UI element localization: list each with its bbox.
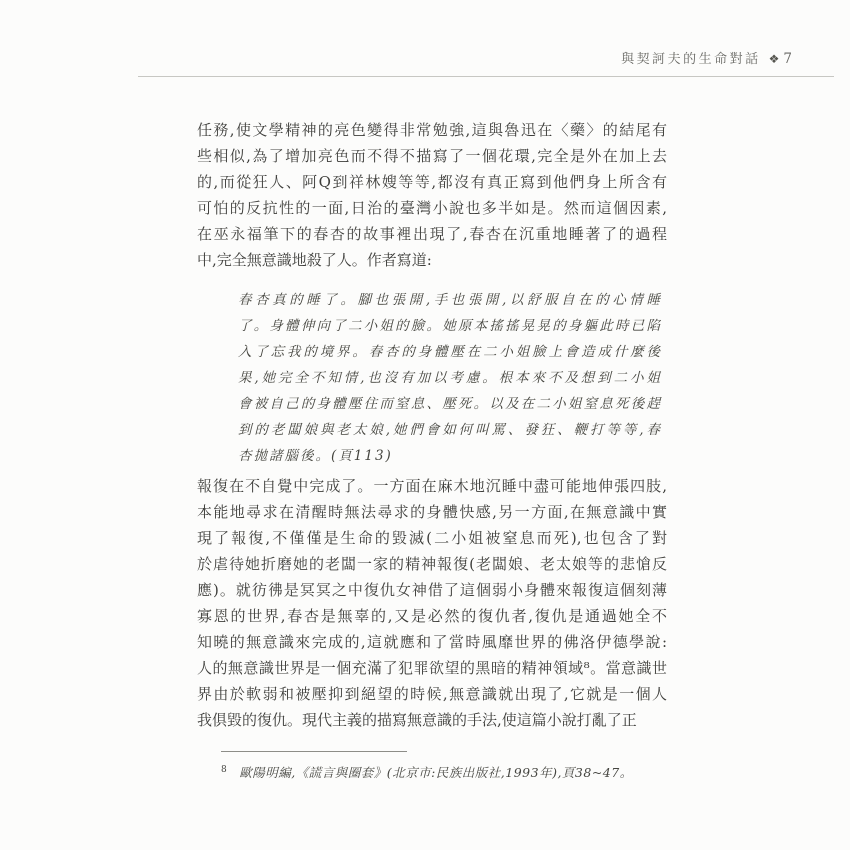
quote-line: 會被自己的身體壓住而窒息、壓死。以及在二小姐窒息死後趕 [238,391,662,417]
text-line: 我俱毀的復仇。現代主義的描寫無意識的手法,使這篇小說打亂了正 [197,707,667,733]
footnote-marker: 8 [221,765,227,775]
footnote-rule [221,751,407,752]
text-line: 知曉的無意識來完成的,這就應和了當時風靡世界的佛洛伊德學說: [197,629,667,655]
text-line: 中,完全無意識地殺了人。作者寫道: [197,247,667,273]
text-line: 界由於軟弱和被壓抑到絕望的時候,無意識就出現了,它就是一個人 [197,681,667,707]
ornament-icon: ❖ [769,52,780,66]
paragraph-2: 報復在不自覺中完成了。一方面在麻木地沉睡中盡可能地伸張四肢,本能地尋求在清醒時無… [197,473,667,733]
text-line: 本能地尋求在清醒時無法尋求的身體快感,另一方面,在無意識中實 [197,499,667,525]
header-rule [138,76,834,77]
running-head: 與契訶夫的生命對話❖7 [621,48,792,67]
text-line: 應)。就彷彿是冥冥之中復仇女神借了這個弱小身體來報復這個刻薄 [197,577,667,603]
text-line: 現了報復,不僅僅是生命的毀滅(二小姐被窒息而死),也包含了對 [197,525,667,551]
running-head-title: 與契訶夫的生命對話 [621,52,761,67]
quote-block: 春杏真的睡了。腳也張開,手也張開,以舒服自在的心情睡了。身體伸向了二小姐的臉。她… [238,287,662,469]
paragraph-1: 任務,使文學精神的亮色變得非常勉強,這與魯迅在〈藥〉的結尾有些相似,為了增加亮色… [197,117,667,273]
text-line: 於虐待她折磨她的老闆一家的精神報復(老闆娘、老太娘等的悲愴反 [197,551,667,577]
text-line: 些相似,為了增加亮色而不得不描寫了一個花環,完全是外在加上去 [197,143,667,169]
text-line: 寡恩的世界,春杏是無辜的,又是必然的復仇者,復仇是通過她全不 [197,603,667,629]
quote-line: 果,她完全不知情,也沒有加以考慮。根本來不及想到二小姐 [238,365,662,391]
text-line: 人的無意識世界是一個充滿了犯罪欲望的黑暗的精神領域⁸。當意識世 [197,655,667,681]
quote-line: 入了忘我的境界。春杏的身體壓在二小姐臉上會造成什麼後 [238,339,662,365]
text-line: 任務,使文學精神的亮色變得非常勉強,這與魯迅在〈藥〉的結尾有 [197,117,667,143]
footnote: 8歐陽明編,《謊言與圈套》(北京市:民族出版社,1993年),頁38~47。 [221,761,667,782]
quote-line: 到的老闆娘與老太娘,她們會如何叫罵、發狂、鞭打等等,春 [238,417,662,443]
text-line: 報復在不自覺中完成了。一方面在麻木地沉睡中盡可能地伸張四肢, [197,473,667,499]
quote-line: 杏拋諸腦後。(頁113) [238,443,662,469]
text-line: 可怕的反抗性的一面,日治的臺灣小說也多半如是。然而這個因素, [197,195,667,221]
text-line: 在巫永福筆下的春杏的故事裡出現了,春杏在沉重地睡著了的過程 [197,221,667,247]
page-number: 7 [783,51,792,67]
quote-line: 春杏真的睡了。腳也張開,手也張開,以舒服自在的心情睡 [238,287,662,313]
footnote-text: 歐陽明編,《謊言與圈套》(北京市:民族出版社,1993年),頁38~47。 [239,765,632,780]
quote-line: 了。身體伸向了二小姐的臉。她原本搖搖晃晃的身軀此時已陷 [238,313,662,339]
text-column: 任務,使文學精神的亮色變得非常勉強,這與魯迅在〈藥〉的結尾有些相似,為了增加亮色… [197,117,667,782]
book-page: 與契訶夫的生命對話❖7 任務,使文學精神的亮色變得非常勉強,這與魯迅在〈藥〉的結… [0,0,850,850]
text-line: 的,而從狂人、阿Q到祥林嫂等等,都沒有真正寫到他們身上所含有 [197,169,667,195]
